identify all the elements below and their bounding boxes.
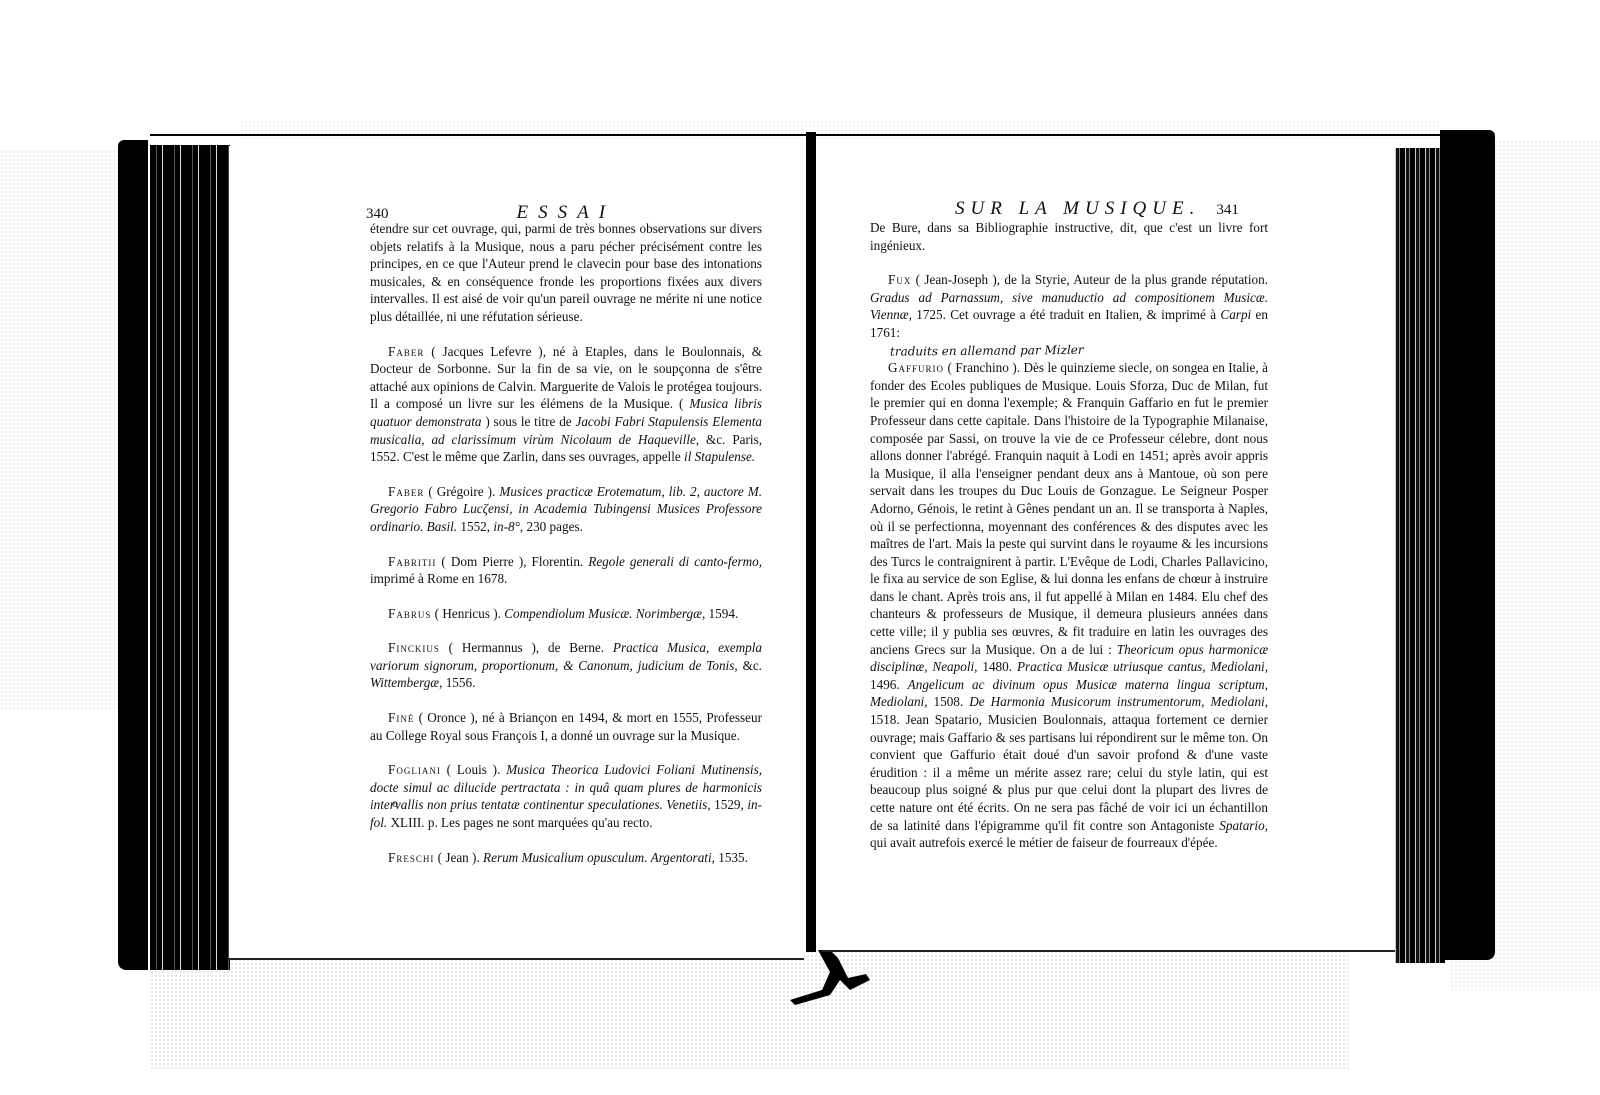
scan-noise-left xyxy=(0,150,130,710)
page-number: 341 xyxy=(1216,202,1239,219)
entry-text: , 1529, xyxy=(707,797,747,812)
entry-text: , 1508. xyxy=(924,694,969,709)
book-gutter xyxy=(806,132,816,952)
entry-text: ( Dom Pierre ), Florentin. xyxy=(436,554,588,569)
entry-title: Compendiolum Musicæ. Norimbergæ xyxy=(504,606,702,621)
entry-text: 1552, xyxy=(457,519,493,534)
entry-name: Fabrus xyxy=(388,606,431,621)
book-cover-left xyxy=(118,140,148,970)
entry-fabrus: Fabrus ( Henricus ). Compendiolum Musicæ… xyxy=(370,605,762,623)
entry-name: Fabritii xyxy=(388,554,436,569)
scan-noise-bottom xyxy=(150,950,1350,1070)
entry-text: ) sous le titre de xyxy=(482,414,576,429)
scan-noise-top xyxy=(240,120,1440,140)
continuation-paragraph: étendre sur cet ouvrage, qui, parmi de t… xyxy=(370,220,762,326)
entry-text: , 1725. Cet ouvrage a été traduit en Ita… xyxy=(909,307,1221,322)
entry-name: Faber xyxy=(388,344,424,359)
signature-mark: o xyxy=(392,796,398,811)
entry-faber-jacques: Faber ( Jacques Lefevre ), né à Etaples,… xyxy=(370,343,762,466)
entry-title: Practica Musicæ utriusque cantus, Mediol… xyxy=(1017,659,1265,674)
entry-text: ( Louis ). xyxy=(441,762,506,777)
entry-name: Fogliani xyxy=(388,762,441,777)
book-cover-right xyxy=(1440,130,1495,960)
entry-title: Regole generali di canto-fermo xyxy=(588,554,758,569)
entry-faber-gregoire: Faber ( Grégoire ). Musices practicæ Ero… xyxy=(370,483,762,536)
entry-text: , &c. xyxy=(734,658,762,673)
entry-text: ( Franchino ). Dès le quinzieme siecle, … xyxy=(870,360,1268,657)
entry-text: , 1480. xyxy=(974,659,1017,674)
book-top-edge xyxy=(150,134,1450,136)
entry-fogliani: Fogliani ( Louis ). Musica Theorica Ludo… xyxy=(370,761,762,831)
left-page-body: étendre sur cet ouvrage, qui, parmi de t… xyxy=(370,220,762,866)
entry-name: Freschi xyxy=(388,850,434,865)
entry-freschi: Freschi ( Jean ). Rerum Musicalium opusc… xyxy=(370,849,762,867)
right-page-header: SUR LA MUSIQUE. 341 xyxy=(955,198,1275,220)
entry-fabritii: Fabritii ( Dom Pierre ), Florentin. Rego… xyxy=(370,553,762,588)
entry-fine: Finé ( Oronce ), né à Briançon en 1494, … xyxy=(370,709,762,744)
entry-name: Finckius xyxy=(388,640,440,655)
entry-text: XLIII. p. Les pages ne sont marquées qu'… xyxy=(387,815,652,830)
entry-text: ( Jean ). xyxy=(434,850,483,865)
entry-fux: Fux ( Jean-Joseph ), de la Styrie, Auteu… xyxy=(870,271,1268,359)
page-edges-right xyxy=(1395,148,1445,963)
entry-name: Gaffurio xyxy=(888,360,944,375)
entry-finckius: Finckius ( Hermannus ), de Berne. Practi… xyxy=(370,639,762,692)
entry-title: De Harmonia Musicorum instrumentorum, Me… xyxy=(969,694,1264,709)
entry-name: Fux xyxy=(888,272,911,287)
entry-text: , 1556. xyxy=(439,675,475,690)
entry-text: , 1535. xyxy=(712,850,748,865)
entry-text: ( Oronce ), né à Briançon en 1494, & mor… xyxy=(370,710,762,743)
right-page-body: De Bure, dans sa Bibliographie instructi… xyxy=(870,219,1268,869)
entry-title: Rerum Musicalium opusculum. Argentorati xyxy=(483,850,712,865)
handwritten-annotation: traduits en allemand par Mizler xyxy=(872,340,1268,361)
continuation-paragraph: De Bure, dans sa Bibliographie instructi… xyxy=(870,219,1268,254)
entry-text: ( Grégoire ). xyxy=(424,484,499,499)
entry-name: Finé xyxy=(388,710,414,725)
bookmark-ribbon xyxy=(790,950,880,1030)
entry-text: ( Jean-Joseph ), de la Styrie, Auteur de… xyxy=(911,272,1268,287)
entry-text: , 230 pages. xyxy=(520,519,583,534)
entry-title: Spatario xyxy=(1219,818,1264,833)
entry-title: Carpi xyxy=(1220,307,1251,322)
entry-title: il Stapulense. xyxy=(684,449,755,464)
entry-text: ( Henricus ). xyxy=(431,606,504,621)
page-edges-left xyxy=(150,145,230,970)
entry-gaffurio: Gaffurio ( Franchino ). Dès le quinzieme… xyxy=(870,359,1268,852)
entry-text: , 1518. Jean Spatario, Musicien Boulonna… xyxy=(870,694,1268,832)
entry-title: in-8° xyxy=(493,519,520,534)
entry-text: , 1594. xyxy=(702,606,738,621)
entry-title: Wittembergæ xyxy=(370,675,439,690)
entry-name: Faber xyxy=(388,484,424,499)
running-head: SUR LA MUSIQUE. xyxy=(955,198,1200,220)
entry-text: ( Hermannus ), de Berne. xyxy=(440,640,613,655)
